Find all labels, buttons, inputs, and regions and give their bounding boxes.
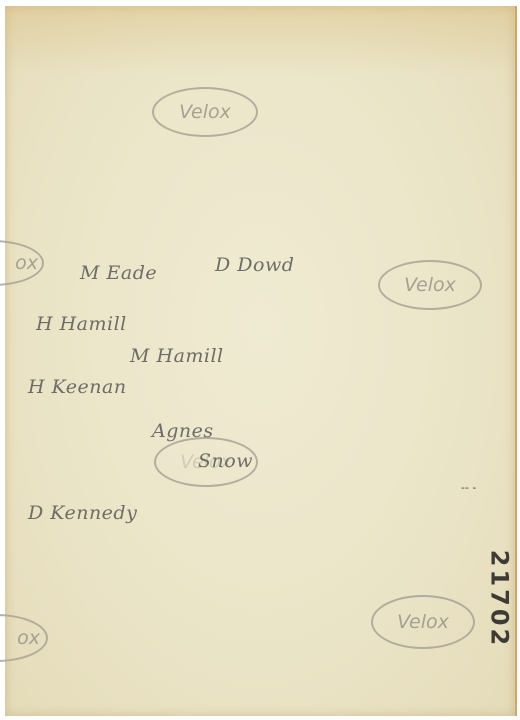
- velox-stamp-right: Velox: [378, 260, 482, 310]
- name-m-hamill: M Hamill: [130, 345, 224, 367]
- name-d-kennedy: D Kennedy: [28, 502, 137, 524]
- name-agnes: Agnes: [152, 420, 214, 442]
- stamp-text: ox: [15, 252, 38, 274]
- name-d-dowd: D Dowd: [215, 254, 294, 276]
- stamp-text: Velox: [397, 611, 449, 633]
- stamp-text: ox: [17, 627, 40, 649]
- name-h-hamill: H Hamill: [36, 313, 127, 335]
- name-h-keenan: H Keenan: [28, 376, 127, 398]
- name-m-eade: M Eade: [80, 262, 157, 284]
- reference-number: 21702: [485, 550, 513, 649]
- name-snow: Snow: [198, 450, 253, 472]
- velox-stamp-top: Velox: [152, 87, 258, 137]
- age-foxing: [5, 6, 515, 76]
- stamp-text: Velox: [404, 274, 456, 296]
- stamp-text: Velox: [179, 101, 231, 123]
- velox-stamp-bottom-right: Velox: [371, 595, 475, 649]
- margin-mark: -- -: [461, 481, 476, 494]
